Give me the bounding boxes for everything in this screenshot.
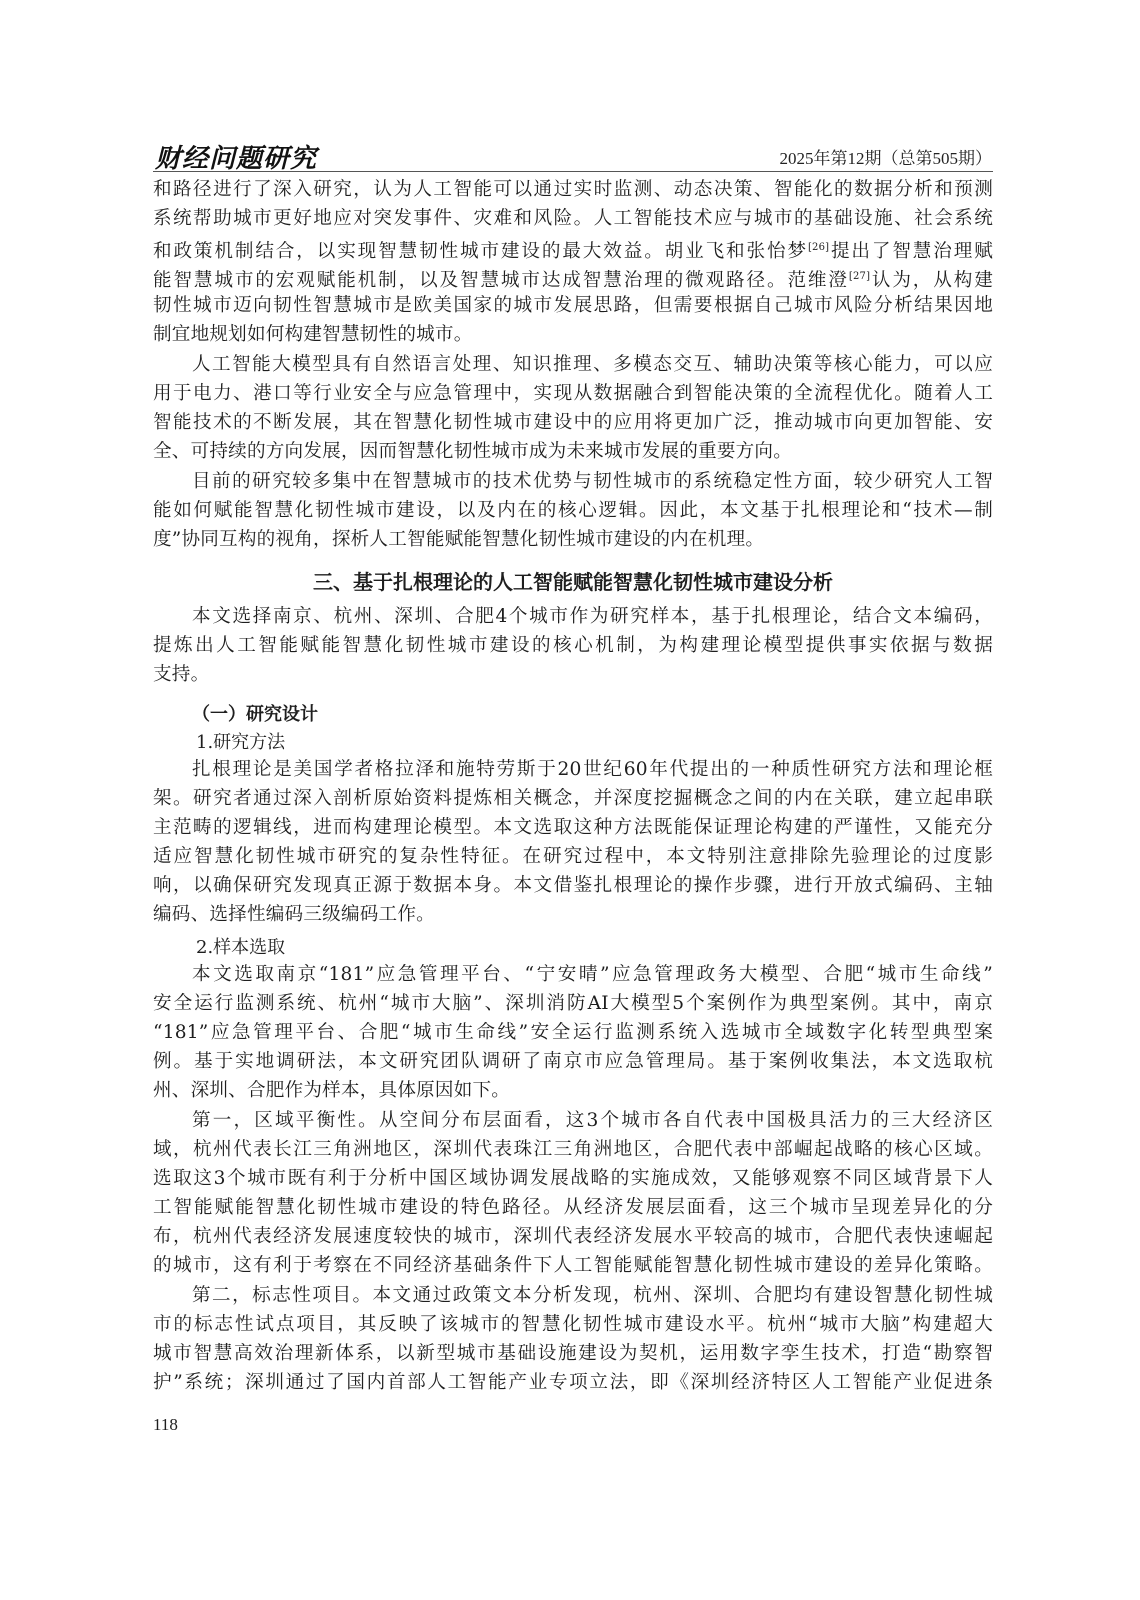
citation-27: [27] xyxy=(849,271,870,282)
sub-subsection-heading: 1.研究方法 xyxy=(196,728,285,754)
body-line: 本文选取南京“181”应急管理平台、“宁安晴”应急管理政务大模型、合肥“城市生命… xyxy=(192,962,993,988)
body-line: 度”协同互构的视角，探析人工智能赋能智慧化韧性城市建设的内在机理。 xyxy=(153,527,993,553)
body-line: 城市智慧高效治理新体系，以新型城市基础设施建设为契机，运用数字孪生技术，打造“勘… xyxy=(153,1341,993,1367)
body-line: “181”应急管理平台、合肥“城市生命线”安全运行监测系统入选城市全域数字化转型… xyxy=(153,1020,993,1046)
body-line: 能如何赋能智慧化韧性城市建设，以及内在的核心逻辑。因此，本文基于扎根理论和“技术… xyxy=(153,498,993,524)
body-line: 能智慧城市的宏观赋能机制，以及智慧城市达成智慧治理的微观路径。范维澄[27]认为… xyxy=(153,264,993,294)
body-line: 本文选择南京、杭州、深圳、合肥4个城市作为研究样本，基于扎根理论，结合文本编码， xyxy=(192,604,993,630)
body-line: 第二，标志性项目。本文通过政策文本分析发现，杭州、深圳、合肥均有建设智慧化韧性城 xyxy=(192,1283,993,1309)
body-line: 选取这3个城市既有利于分析中国区域协调发展战略的实施成效，又能够观察不同区域背景… xyxy=(153,1166,993,1192)
body-text: 能智慧城市的宏观赋能机制，以及智慧城市达成智慧治理的微观路径。范维澄 xyxy=(153,270,849,291)
body-line: 例。基于实地调研法，本文研究团队调研了南京市应急管理局。基于案例收集法，本文选取… xyxy=(153,1049,993,1075)
sub-subsection-heading: 2.样本选取 xyxy=(196,933,285,959)
body-line: 安全运行监测系统、杭州“城市大脑”、深圳消防AI大模型5个案例作为典型案例。其中… xyxy=(153,991,993,1017)
body-text: 和政策机制结合，以实现智慧韧性城市建设的最大效益。胡业飞和张怡梦 xyxy=(153,241,808,262)
body-line: 韧性城市迈向韧性智慧城市是欧美国家的城市发展思路，但需要根据自己城市风险分析结果… xyxy=(153,293,993,319)
body-line: 主范畴的逻辑线，进而构建理论模型。本文选取这种方法既能保证理论构建的严谨性，又能… xyxy=(153,815,993,841)
body-line: 的城市，这有利于考察在不同经济基础条件下人工智能赋能智慧化韧性城市建设的差异化策… xyxy=(153,1253,993,1279)
body-line: 架。研究者通过深入剖析原始资料提炼相关概念，并深度挖掘概念之间的内在关联，建立起… xyxy=(153,786,993,812)
body-line: 全、可持续的方向发展，因而智慧化韧性城市成为未来城市发展的重要方向。 xyxy=(153,439,993,465)
body-text: 提出了智慧治理赋 xyxy=(829,241,993,262)
body-line: 目前的研究较多集中在智慧城市的技术优势与韧性城市的系统稳定性方面，较少研究人工智 xyxy=(192,469,993,495)
body-line: 响，以确保研究发现真正源于数据本身。本文借鉴扎根理论的操作步骤，进行开放式编码、… xyxy=(153,873,993,899)
body-line: 用于电力、港口等行业安全与应急管理中，实现从数据融合到智能决策的全流程优化。随着… xyxy=(153,381,993,407)
subsection-heading: （一）研究设计 xyxy=(192,700,318,726)
body-line: 护”系统；深圳通过了国内首部人工智能产业专项立法，即《深圳经济特区人工智能产业促… xyxy=(153,1370,993,1396)
body-line: 适应智慧化韧性城市研究的复杂性特征。在研究过程中，本文特别注意排除先验理论的过度… xyxy=(153,844,993,870)
body-line: 支持。 xyxy=(153,662,993,688)
body-line: 市的标志性试点项目，其反映了该城市的智慧化韧性城市建设水平。杭州“城市大脑”构建… xyxy=(153,1312,993,1338)
journal-page: 财经问题研究 2025年第12期（总第505期） 和路径进行了深入研究，认为人工… xyxy=(0,0,1140,1600)
body-line: 工智能赋能智慧化韧性城市建设的特色路径。从经济发展层面看，这三个城市呈现差异化的… xyxy=(153,1195,993,1221)
body-line: 和政策机制结合，以实现智慧韧性城市建设的最大效益。胡业飞和张怡梦[26]提出了智… xyxy=(153,235,993,265)
issue-info: 2025年第12期（总第505期） xyxy=(780,144,993,169)
body-line: 智能技术的不断发展，其在智慧化韧性城市建设中的应用将更加广泛，推动城市向更加智能… xyxy=(153,410,993,436)
body-line: 域，杭州代表长江三角洲地区，深圳代表珠江三角洲地区，合肥代表中部崛起战略的核心区… xyxy=(153,1137,993,1163)
body-line: 布，杭州代表经济发展速度较快的城市，深圳代表经济发展水平较高的城市，合肥代表快速… xyxy=(153,1224,993,1250)
header-rule xyxy=(153,171,993,172)
journal-logo: 财经问题研究 xyxy=(155,138,317,175)
citation-26: [26] xyxy=(808,242,829,253)
body-line: 和路径进行了深入研究，认为人工智能可以通过实时监测、动态决策、智能化的数据分析和… xyxy=(153,177,993,203)
body-line: 提炼出人工智能赋能智慧化韧性城市建设的核心机制，为构建理论模型提供事实依据与数据 xyxy=(153,633,993,659)
body-line: 第一，区域平衡性。从空间分布层面看，这3个城市各自代表中国极具活力的三大经济区 xyxy=(192,1108,993,1134)
body-line: 编码、选择性编码三级编码工作。 xyxy=(153,902,993,928)
body-text: 认为，从构建 xyxy=(870,270,993,291)
body-line: 系统帮助城市更好地应对突发事件、灾难和风险。人工智能技术应与城市的基础设施、社会… xyxy=(153,206,993,232)
section-heading: 三、基于扎根理论的人工智能赋能智慧化韧性城市建设分析 xyxy=(153,566,993,595)
body-line: 扎根理论是美国学者格拉泽和施特劳斯于20世纪60年代提出的一种质性研究方法和理论… xyxy=(192,757,993,783)
body-line: 州、深圳、合肥作为样本，具体原因如下。 xyxy=(153,1078,993,1104)
page-number: 118 xyxy=(153,1415,178,1435)
body-line: 人工智能大模型具有自然语言处理、知识推理、多模态交互、辅助决策等核心能力，可以应 xyxy=(192,352,993,378)
body-line: 制宜地规划如何构建智慧韧性的城市。 xyxy=(153,322,993,348)
